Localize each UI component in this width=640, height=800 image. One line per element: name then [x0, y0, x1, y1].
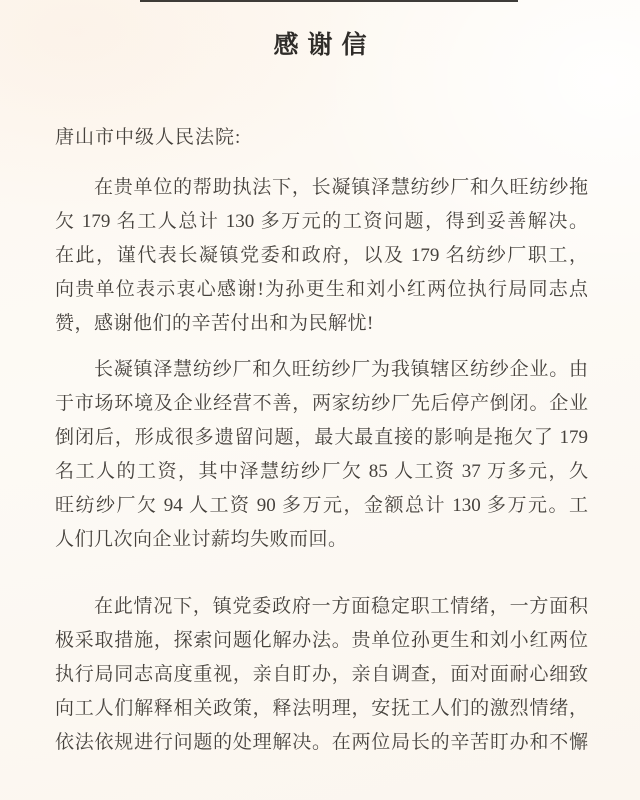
letter-line: 在贵单位的帮助执法下，长凝镇泽慧纺纱厂和久旺纺纱拖 — [55, 171, 588, 205]
letter-line: 赞，感谢他们的辛苦付出和为民解忧! — [55, 307, 588, 341]
letter-line: 欠 179 名工人总计 130 多万元的工资问题，得到妥善解决。 — [55, 205, 588, 239]
letter-line: 向工人们解释相关政策，释法明理，安抚工人们的激烈情绪， — [55, 692, 588, 726]
letter-line: 向贵单位表示衷心感谢!为孙更生和刘小红两位执行局同志点 — [55, 273, 588, 307]
letter-line: 极采取措施，探索问题化解办法。贵单位孙更生和刘小红两位 — [55, 624, 588, 658]
letter-line: 倒闭后，形成很多遗留问题，最大最直接的影响是拖欠了 179 — [55, 421, 588, 455]
photo-edge-line — [140, 0, 518, 2]
letter-line: 名工人的工资，其中泽慧纺纱厂欠 85 人工资 37 万多元，久 — [55, 455, 588, 489]
letter-line: 在此情况下，镇党委政府一方面稳定职工情绪，一方面积 — [55, 590, 588, 624]
letter-paragraph-2: 长凝镇泽慧纺纱厂和久旺纺纱厂为我镇辖区纺纱企业。由 于市场环境及企业经营不善，两… — [55, 353, 588, 557]
letter-line: 旺纺纱厂欠 94 人工资 90 多万元，金额总计 130 多万元。工 — [55, 489, 588, 523]
letter-salutation: 唐山市中级人民法院: — [55, 121, 588, 155]
letter-title: 感谢信 — [0, 28, 640, 64]
letter-line: 人们几次向企业讨薪均失败而回。 — [55, 523, 588, 557]
letter-line: 在此，谨代表长凝镇党委和政府，以及 179 名纺纱厂职工， — [55, 239, 588, 273]
letter-line: 依法依规进行问题的处理解决。在两位局长的辛苦盯办和不懈 — [55, 726, 588, 760]
letter-paragraph-1: 在贵单位的帮助执法下，长凝镇泽慧纺纱厂和久旺纺纱拖 欠 179 名工人总计 13… — [55, 171, 588, 341]
letter-line: 执行局同志高度重视，亲自盯办，亲自调查，面对面耐心细致 — [55, 658, 588, 692]
letter-body: 唐山市中级人民法院: 在贵单位的帮助执法下，长凝镇泽慧纺纱厂和久旺纺纱拖 欠 1… — [0, 121, 640, 760]
letter-line: 长凝镇泽慧纺纱厂和久旺纺纱厂为我镇辖区纺纱企业。由 — [55, 353, 588, 387]
scanned-letter-page: 感谢信 唐山市中级人民法院: 在贵单位的帮助执法下，长凝镇泽慧纺纱厂和久旺纺纱拖… — [0, 0, 640, 800]
letter-line: 于市场环境及企业经营不善，两家纺纱厂先后停产倒闭。企业 — [55, 387, 588, 421]
letter-paragraph-3: 在此情况下，镇党委政府一方面稳定职工情绪，一方面积 极采取措施，探索问题化解办法… — [55, 590, 588, 760]
